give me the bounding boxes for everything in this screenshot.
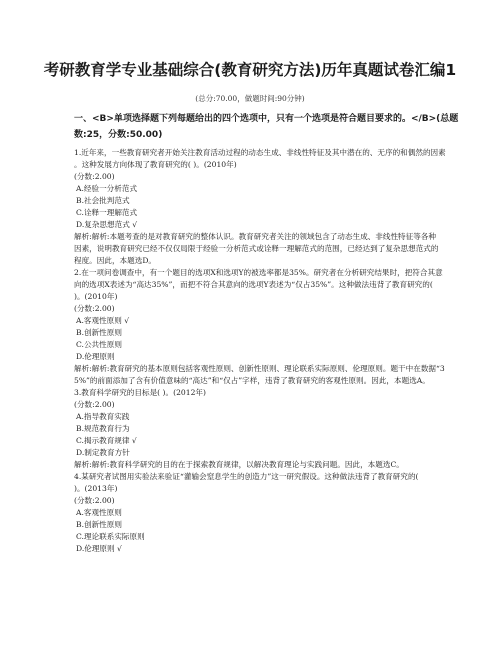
q4-option-c: C.理论联系实际原则 <box>76 532 145 542</box>
q4-score: (分数:2.00) <box>74 496 115 506</box>
q4-stem-line-1: 4.某研究者试图用实验法来验证“灌输会窒息学生的创造力”这一研究假设。这种做法违… <box>74 472 419 482</box>
q2-option-c: C.公共性原则 <box>76 340 122 350</box>
q2-score: (分数:2.00) <box>74 304 115 314</box>
document-title: 考研教育学专业基础综合(教育研究方法)历年真题试卷汇编1 <box>0 58 500 80</box>
q3-score: (分数:2.00) <box>74 400 115 410</box>
q3-analysis-line-1: 解析:解析:教育科学研究的目的在于探索教育规律，以解决教育理论与实践问题。因此，… <box>74 460 404 470</box>
q1-stem-line-2: 。这种发展方向体现了教育研究的( )。(2010年) <box>74 160 237 170</box>
q3-option-c: C.揭示教育规律 √ <box>76 436 137 446</box>
section-heading-line-1: 一、<B>单项选择题下列每题给出的四个选项中，只有一个选项是符合题目要求的。</… <box>74 114 458 124</box>
q2-stem-line-2: 向的选项X表述为“高达35%”，而把不符合其意向的选项Y表述为“仅占35%”。这… <box>74 280 433 290</box>
q4-option-a: A.客观性原则 <box>76 508 122 518</box>
q1-stem-line-1: 1.近年来，一些教育研究者开始关注教育活动过程的动态生成、非线性特征及其中潜在的… <box>74 148 446 158</box>
q1-analysis-line-1: 解析:解析:本题考查的是对教育研究的整体认识。教育研究者关注的领域包含了动态生成… <box>74 232 436 242</box>
q3-option-b: B.规范教育行为 <box>76 424 130 434</box>
q1-analysis-line-2: 因素，说明教育研究已经不仅仅局限于经验一分析范式或诠释一理解范式的范围，已经达到… <box>74 244 439 254</box>
q4-stem-line-2: )。(2013年) <box>74 484 117 494</box>
q1-option-c: C.诠释一理解范式 <box>76 208 137 218</box>
q1-option-a: A.经验一分析范式 <box>76 184 137 194</box>
q2-analysis-line-1: 解析:解析:教育研究的基本原则包括客观性原则、创新性原则、理论联系实际原则、伦理… <box>74 364 445 374</box>
q3-stem-line-1: 3.教育科学研究的目标是( )。(2012年) <box>74 388 206 398</box>
q1-option-b: B.社会批判范式 <box>76 196 130 206</box>
q2-stem-line-1: 2.在一项问卷调查中，有一个题目的选项X和选项Y的被选率都是35%。研究者在分析… <box>74 268 443 278</box>
q3-option-a: A.指导教育实践 <box>76 412 129 422</box>
q1-analysis-line-3: 程度。因此，本题选D。 <box>74 256 156 266</box>
q2-option-a: A.客观性原则 √ <box>76 316 129 326</box>
document-subtitle: (总分:70.00，做题时间:90分钟) <box>0 93 500 104</box>
q2-analysis-line-2: 5%”的前面添加了含有价值意味的“高达”和“仅占”字样，违背了教育研究的客观性原… <box>74 376 430 386</box>
q1-score: (分数:2.00) <box>74 172 115 182</box>
q3-option-d: D.制定教育方针 <box>76 448 130 458</box>
q2-stem-line-3: )。(2010年) <box>74 292 117 302</box>
document-page: 考研教育学专业基础综合(教育研究方法)历年真题试卷汇编1 (总分:70.00，做… <box>0 0 500 647</box>
q2-option-d: D.伦理原则 <box>76 352 115 362</box>
q1-option-d: D.复杂思想范式 √ <box>76 220 137 230</box>
q4-option-b: B.创新性原则 <box>76 520 122 530</box>
q4-option-d: D.伦理原则 √ <box>76 544 122 554</box>
section-heading-line-2: 数:25，分数:50.00) <box>74 130 162 140</box>
q2-option-b: B.创新性原则 <box>76 328 122 338</box>
